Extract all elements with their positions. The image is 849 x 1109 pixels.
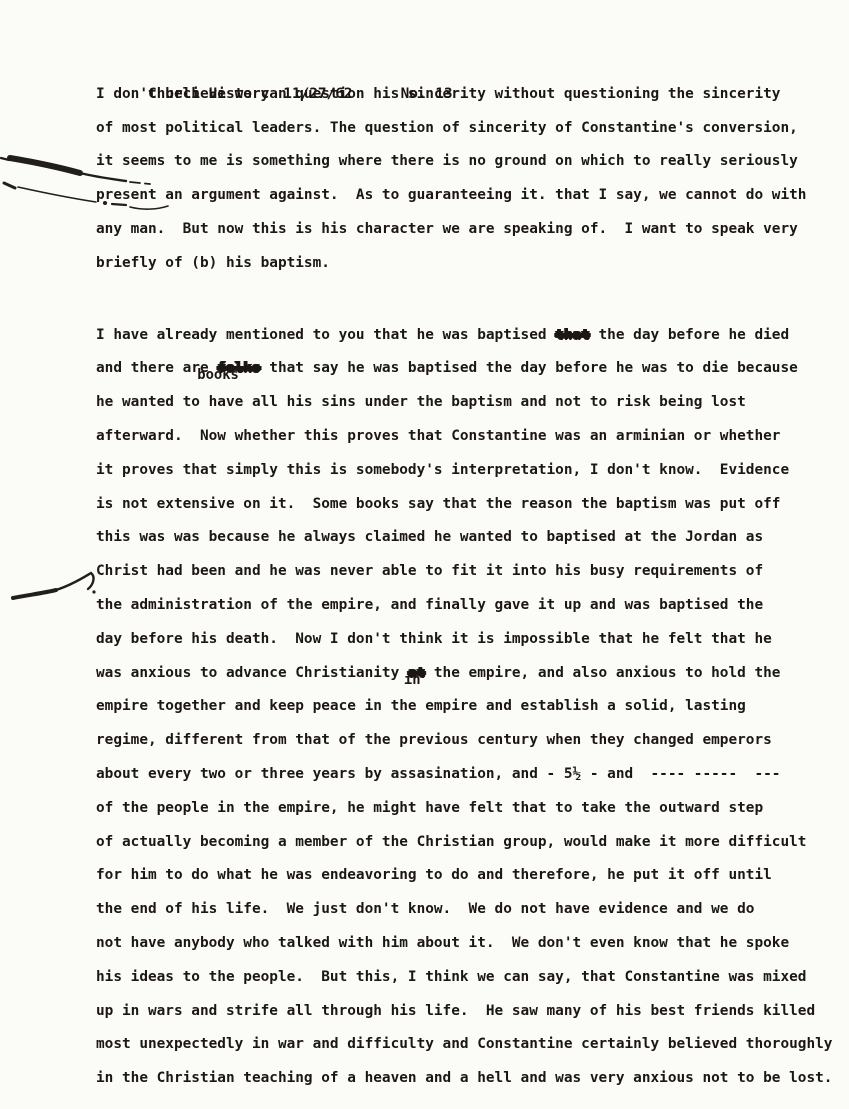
- typed-line: his ideas to the people. But this, I thi…: [96, 961, 841, 995]
- typed-line: is not extensive on it. Some books say t…: [96, 488, 841, 522]
- typed-line: I don't believe we can question his sinc…: [96, 78, 841, 112]
- typed-text: was anxious to advance Christianity: [96, 665, 408, 681]
- typescript-page: Church History11/27/62No. 13 I don't bel…: [0, 0, 849, 1109]
- typed-line: in the Christian teaching of a heaven an…: [96, 1062, 841, 1096]
- typed-text: afterward. Now whether this proves that …: [96, 428, 780, 444]
- typed-line: most unexpectedly in war and difficulty …: [96, 1028, 841, 1062]
- typed-text: empire together and keep peace in the em…: [96, 698, 746, 714]
- typed-text: it seems to me is something where there …: [96, 153, 798, 169]
- typed-line: it seems to me is something where there …: [96, 145, 841, 179]
- typed-text: the empire, and also anxious to hold the: [425, 665, 780, 681]
- typed-line: regime, different from that of the previ…: [96, 724, 841, 758]
- typed-text: the administration of the empire, and fi…: [96, 597, 763, 613]
- typed-line: not have anybody who talked with him abo…: [96, 927, 841, 961]
- typed-line: of actually becoming a member of the Chr…: [96, 826, 841, 860]
- typed-text: that say he was baptised the day before …: [261, 360, 798, 376]
- typed-text: briefly of (b) his baptism.: [96, 255, 330, 271]
- page-header: Church History11/27/62No. 13: [96, 44, 841, 78]
- typed-line: I have already mentioned to you that he …: [96, 319, 841, 353]
- typed-text: most unexpectedly in war and difficulty …: [96, 1036, 832, 1052]
- typed-line: about every two or three years by assasi…: [96, 758, 841, 792]
- typed-text: the end of his life. We just don't know.…: [96, 901, 754, 917]
- typed-text: for him to do what he was endeavoring to…: [96, 867, 772, 883]
- typed-line: of the people in the empire, he might ha…: [96, 792, 841, 826]
- typed-text: is not extensive on it. Some books say t…: [96, 496, 780, 512]
- interlinear-insert-text: books: [197, 359, 239, 393]
- typed-line: was anxious to advance Christianity inat…: [96, 657, 841, 691]
- typed-line: present an argument against. As to guara…: [96, 179, 841, 213]
- typed-text: it proves that simply this is somebody's…: [96, 462, 789, 478]
- typed-text: Christ had been and he was never able to…: [96, 563, 763, 579]
- typed-text: about every two or three years by assasi…: [96, 766, 780, 782]
- typed-text: he wanted to have all his sins under the…: [96, 394, 746, 410]
- typed-line: this was was because he always claimed h…: [96, 521, 841, 555]
- typed-text: day before his death. Now I don't think …: [96, 631, 772, 647]
- typed-line: for him to do what he was endeavoring to…: [96, 859, 841, 893]
- typed-line: empire together and keep peace in the em…: [96, 690, 841, 724]
- typed-text: of the people in the empire, he might ha…: [96, 800, 763, 816]
- typed-line: the end of his life. We just don't know.…: [96, 893, 841, 927]
- typed-text: I have already mentioned to you that he …: [96, 327, 555, 343]
- typed-text: I don't believe we can question his sinc…: [96, 86, 780, 102]
- typed-text: this was was because he always claimed h…: [96, 529, 763, 545]
- typed-text: regime, different from that of the previ…: [96, 732, 772, 748]
- typed-text: of most political leaders. The question …: [96, 120, 798, 136]
- typed-line: day before his death. Now I don't think …: [96, 623, 841, 657]
- interlinear-insert-text: in: [404, 664, 421, 698]
- paragraph: I don't believe we can question his sinc…: [96, 78, 841, 281]
- typed-text: present an argument against. As to guara…: [96, 187, 806, 203]
- typed-text: of actually becoming a member of the Chr…: [96, 834, 806, 850]
- typed-line: it proves that simply this is somebody's…: [96, 454, 841, 488]
- paragraphs-host: I don't believe we can question his sinc…: [96, 78, 841, 1096]
- typed-text: any man. But now this is his character w…: [96, 221, 798, 237]
- typed-text: up in wars and strife all through his li…: [96, 1003, 815, 1019]
- typed-line: Christ had been and he was never able to…: [96, 555, 841, 589]
- typed-line: the administration of the empire, and fi…: [96, 589, 841, 623]
- typescript-body: Church History11/27/62No. 13 I don't bel…: [96, 44, 841, 1096]
- typed-text: in the Christian teaching of a heaven an…: [96, 1070, 832, 1086]
- typed-line: up in wars and strife all through his li…: [96, 995, 841, 1029]
- struck-out-word: that: [555, 327, 590, 343]
- typed-text: the day before he died: [590, 327, 789, 343]
- typed-text: not have anybody who talked with him abo…: [96, 935, 789, 951]
- typed-line: any man. But now this is his character w…: [96, 213, 841, 247]
- typed-line: afterward. Now whether this proves that …: [96, 420, 841, 454]
- typed-text: his ideas to the people. But this, I thi…: [96, 969, 806, 985]
- paragraph: I have already mentioned to you that he …: [96, 319, 841, 1096]
- pen-hook-mark: [13, 573, 96, 598]
- typed-line: briefly of (b) his baptism.: [96, 247, 841, 281]
- typed-line: of most political leaders. The question …: [96, 112, 841, 146]
- typed-line: and there are booksfolks that say he was…: [96, 352, 841, 386]
